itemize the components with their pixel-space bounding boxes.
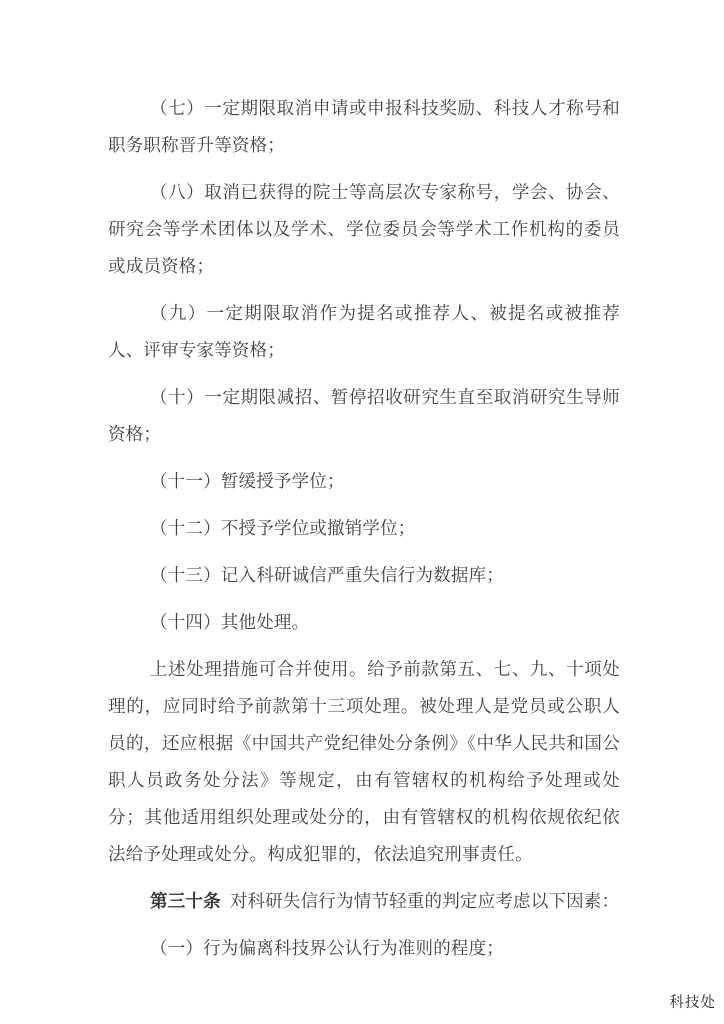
article-30-text: 对科研失信行为情节轻重的判定应考虑以下因素：	[230, 891, 619, 911]
paragraph-item-9: （九）一定期限取消作为提名或推荐人、被提名或被推荐人、评审专家等资格；	[108, 295, 620, 369]
paragraph-item-11: （十一）暂缓授予学位；	[108, 463, 620, 500]
paragraph-item-10: （十）一定期限减招、暂停招收研究生直至取消研究生导师资格；	[108, 379, 620, 453]
paragraph-item-14: （十四）其他处理。	[108, 604, 620, 641]
paragraph-item-1-factors: （一）行为偏离科技界公认行为准则的程度；	[108, 930, 620, 967]
paragraph-item-7: （七）一定期限取消申请或申报科技奖励、科技人才称号和职务职称晋升等资格；	[108, 90, 620, 164]
footer-department-label: 科技处	[670, 995, 717, 1011]
document-page: （七）一定期限取消申请或申报科技奖励、科技人才称号和职务职称晋升等资格； （八）…	[0, 0, 724, 1024]
paragraph-article-30: 第三十条对科研失信行为情节轻重的判定应考虑以下因素：	[108, 883, 620, 920]
article-30-number: 第三十条	[150, 891, 221, 911]
paragraph-item-8: （八）取消已获得的院士等高层次专家称号，学会、协会、研究会等学术团体以及学术、学…	[108, 174, 620, 285]
document-body: （七）一定期限取消申请或申报科技奖励、科技人才称号和职务职称晋升等资格； （八）…	[108, 90, 620, 967]
paragraph-measures-combined: 上述处理措施可合并使用。给予前款第五、七、九、十项处理的，应同时给予前款第十三项…	[108, 651, 620, 873]
paragraph-item-13: （十三）记入科研诚信严重失信行为数据库；	[108, 557, 620, 594]
paragraph-item-12: （十二）不授予学位或撤销学位；	[108, 510, 620, 547]
